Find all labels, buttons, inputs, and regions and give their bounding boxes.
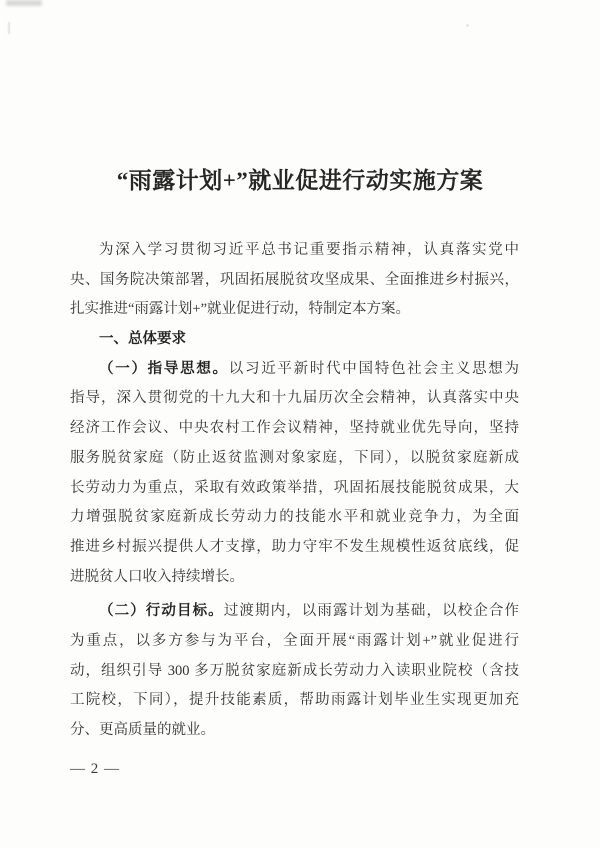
section-heading: 一、总体要求 [70, 325, 519, 355]
paragraph-lead-rest: 过渡期内，以雨露计划为基础，以校企合作 [224, 603, 519, 619]
intro-line: 为深入学习贯彻习近平总书记重要指示精神，认真落实党中 [70, 236, 519, 266]
paragraph-line: 分、更高质量的就业。 [70, 716, 519, 746]
paragraph-line: 长劳动力为重点，采取有效政策举措，巩固拓展技能脱贫成果，大 [70, 474, 519, 504]
scan-artifact-speck [466, 24, 469, 27]
intro-line: 扎实推进“雨露计划+”就业促进行动，特制定本方案。 [70, 295, 519, 325]
paragraph-lead: （二）行动目标。 [99, 603, 224, 619]
paragraph-first-line: （一）指导思想。以习近平新时代中国特色社会主义思想为 [70, 355, 519, 385]
scan-artifact-smudge [6, 0, 42, 6]
document-body: 为深入学习贯彻习近平总书记重要指示精神，认真落实党中 央、国务院决策部署，巩固拓… [70, 236, 519, 746]
paragraph-line: 服务脱贫家庭（防止返贫监测对象家庭，下同），以脱贫家庭新成 [70, 444, 519, 474]
intro-line: 央、国务院决策部署，巩固拓展脱贫攻坚成果、全面推进乡村振兴， [70, 266, 519, 296]
guiding-ideology-paragraph: （一）指导思想。以习近平新时代中国特色社会主义思想为 指导，深入贯彻党的十九大和… [70, 355, 519, 593]
paragraph-line: 工院校，下同），提升技能素质，帮助雨露计划毕业生实现更加充 [70, 686, 519, 716]
scan-artifact-speck [8, 22, 10, 34]
scanned-document-page: “雨露计划+”就业促进行动实施方案 为深入学习贯彻习近平总书记重要指示精神，认真… [0, 0, 600, 848]
action-goal-paragraph: （二）行动目标。过渡期内，以雨露计划为基础，以校企合作 为重点，以多方参与为平台… [70, 597, 519, 745]
paragraph-line: 力增强脱贫家庭新成长劳动力的技能水平和就业竞争力，为全面 [70, 503, 519, 533]
paragraph-first-line: （二）行动目标。过渡期内，以雨露计划为基础，以校企合作 [70, 597, 519, 627]
paragraph-lead: （一）指导思想。 [99, 361, 229, 377]
page-number: — 2 — [70, 761, 120, 778]
paragraph-line: 推进乡村振兴提供人才支撑，助力守牢不发生规模性返贫底线，促 [70, 533, 519, 563]
paragraph-line: 经济工作会议、中央农村工作会议精神，坚持就业优先导向，坚持 [70, 414, 519, 444]
paragraph-lead-rest: 以习近平新时代中国特色社会主义思想为 [229, 361, 519, 377]
paragraph-line: 为重点，以多方参与为平台，全面开展“雨露计划+”就业促进行 [70, 627, 519, 657]
intro-paragraph: 为深入学习贯彻习近平总书记重要指示精神，认真落实党中 央、国务院决策部署，巩固拓… [70, 236, 519, 325]
paragraph-line: 指导，深入贯彻党的十九大和十九届历次全会精神，认真落实中央 [70, 384, 519, 414]
paragraph-line: 动，组织引导 300 多万脱贫家庭新成长劳动力入读职业院校（含技 [70, 657, 519, 687]
paragraph-line: 进脱贫人口收入持续增长。 [70, 563, 519, 593]
document-title: “雨露计划+”就业促进行动实施方案 [0, 162, 600, 195]
